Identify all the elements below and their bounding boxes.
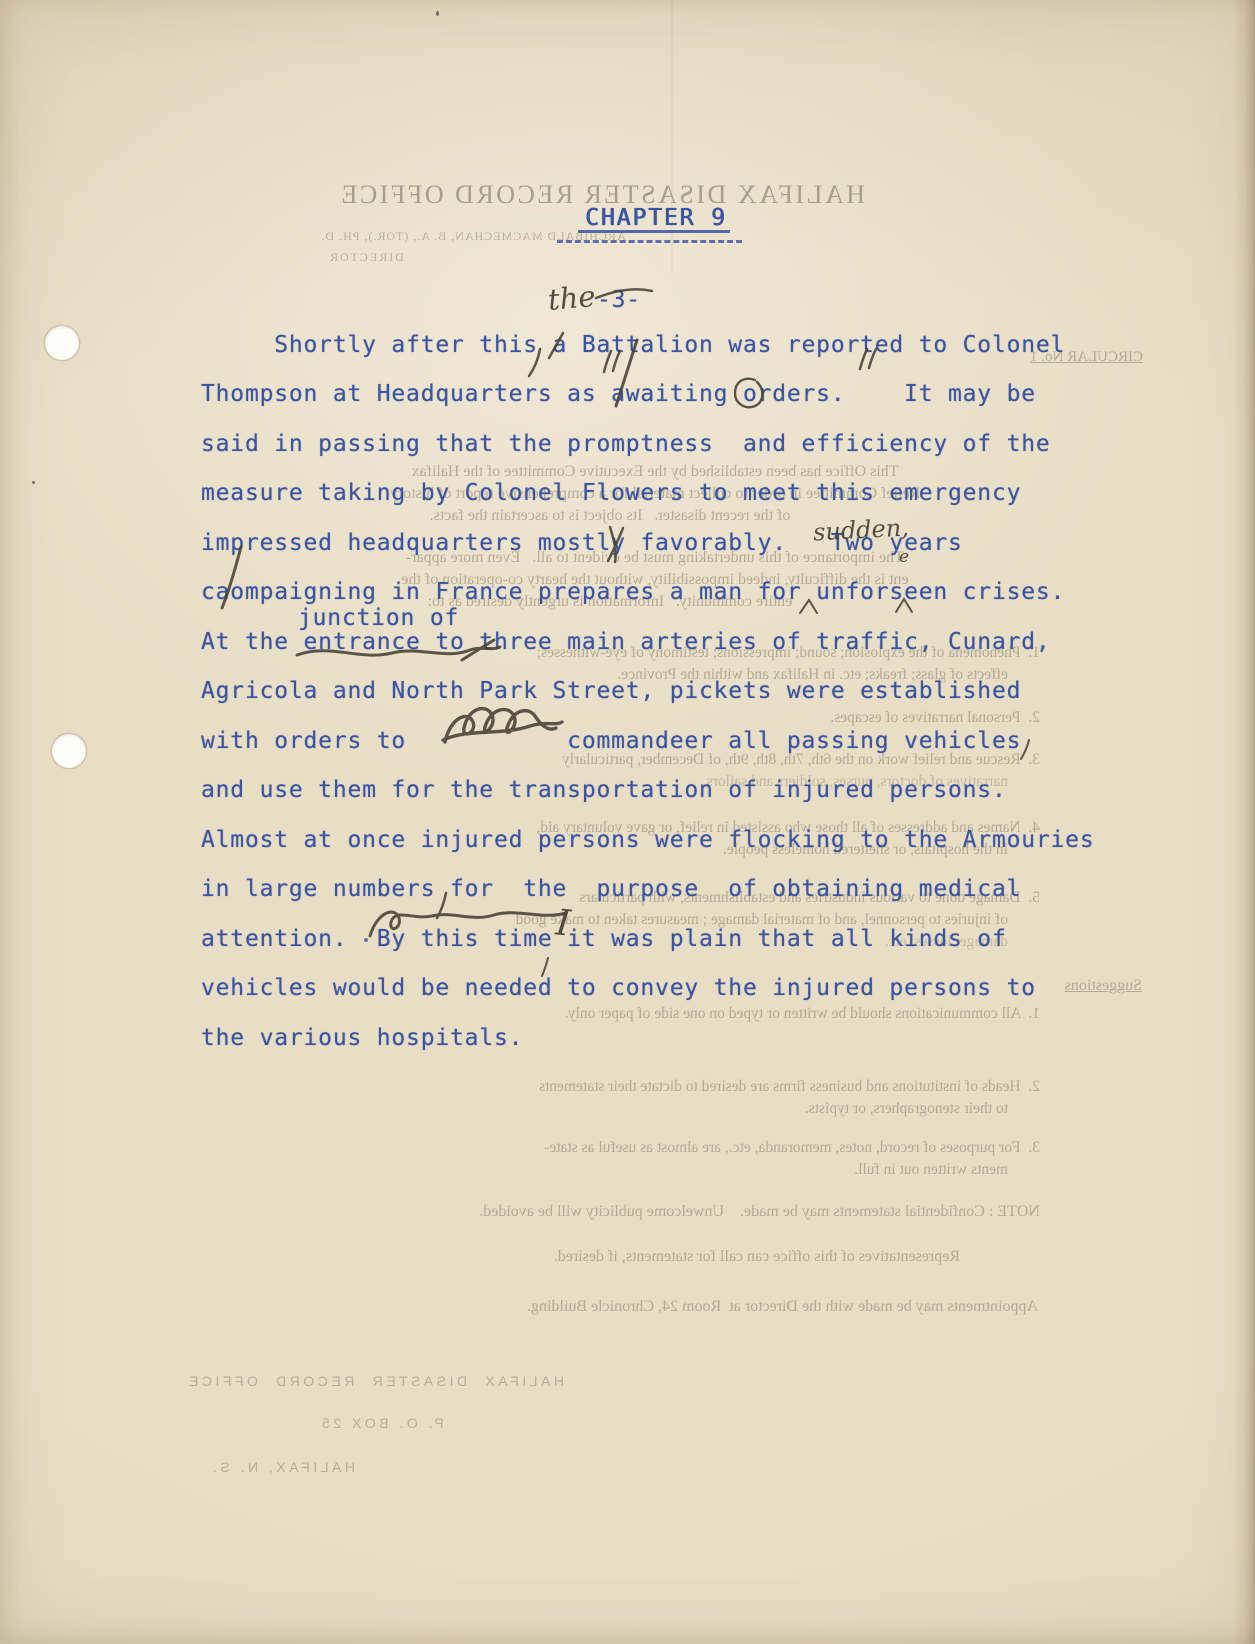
ghost-suggestion: 2. Heads of institutions and business fi…: [285, 1079, 1040, 1095]
typed-line: Shortly after this a Battalion was repor…: [201, 334, 1065, 357]
typed-line: and use them for the transportation of i…: [201, 779, 1007, 802]
typed-line: At the entrance to three main arteries o…: [201, 631, 1051, 654]
typed-line: Thompson at Headquarters as awaiting ord…: [201, 383, 1036, 406]
typed-line: Almost at once injured persons were floc…: [201, 829, 1094, 852]
ghost-item: 2. Personal narratives of escapes.: [700, 710, 1040, 726]
typed-line: the various hospitals.: [201, 1027, 523, 1050]
ghost-representatives-line: Representatives of this office can call …: [340, 1249, 960, 1265]
handwritten-word-the: the: [547, 282, 597, 315]
typed-insert-line: junction of: [298, 607, 459, 630]
ghost-suggestion: to their stenographers, or typists.: [688, 1101, 1008, 1117]
handwritten-word-sudden: sudden,: [812, 516, 909, 545]
typed-line: said in passing that the promptness and …: [201, 433, 1051, 456]
chapter-heading: CHAPTER 9: [585, 207, 727, 230]
typed-line: measure taking by Colonel Flowers to mee…: [201, 482, 1021, 505]
ghost-intro-line: This Office has been established by the …: [300, 464, 1010, 480]
punch-hole: [52, 734, 86, 768]
manuscript-page: HALIFAX DISASTER RECORD OFFICE ARCHIBALD…: [0, 0, 1255, 1644]
ghost-letterhead-role: DIRECTOR: [326, 251, 406, 263]
ghost-intro-line: of the recent disaster. Its object is to…: [350, 508, 870, 524]
ghost-footer-city: HALIFAX, N. S.: [221, 1460, 355, 1474]
handwritten-letter-e: e: [899, 549, 909, 566]
ghost-item: 3. Rescue and relief work on the 6th, 7t…: [295, 752, 1040, 768]
typed-line: Agricola and North Park Street, pickets …: [201, 680, 1021, 703]
paper-crease: [671, 0, 673, 270]
ghost-footer-office: HALIFAX DISASTER RECORD OFFICE: [224, 1374, 564, 1388]
paper-speck: [436, 11, 439, 16]
ghost-suggestions-heading: Suggestions: [1024, 978, 1142, 994]
typed-line: caompaigning in France prepares a man fo…: [201, 581, 1065, 604]
paper-speck: [32, 481, 35, 484]
ghost-suggestion: ments written out in full.: [753, 1162, 1008, 1178]
typed-line: vehicles would be needed to convey the i…: [201, 977, 1036, 1000]
typed-line: attention. By this time it was plain tha…: [201, 928, 1007, 951]
ghost-suggestion: 3. For purposes of record, notes, memora…: [300, 1140, 1040, 1156]
heading-underline-dashed: [557, 240, 742, 243]
typed-line: with orders to commandeer all passing ve…: [201, 730, 1021, 753]
ink-speck: [364, 938, 368, 942]
punch-hole: [45, 326, 79, 360]
ghost-footer-box: P. O. BOX 25: [318, 1416, 444, 1430]
typed-line: in large numbers for the purpose of obta…: [201, 878, 1021, 901]
ghost-suggestion: 1. All communications should be written …: [295, 1006, 1040, 1022]
heading-underline: [578, 230, 730, 233]
tick-below-time: [542, 958, 548, 976]
ghost-appointments-line: Appointments may be made with the Direct…: [258, 1299, 1038, 1315]
ghost-note-line: NOTE : Confidential statements may be ma…: [250, 1204, 1040, 1220]
page-number: -3-: [597, 289, 641, 312]
